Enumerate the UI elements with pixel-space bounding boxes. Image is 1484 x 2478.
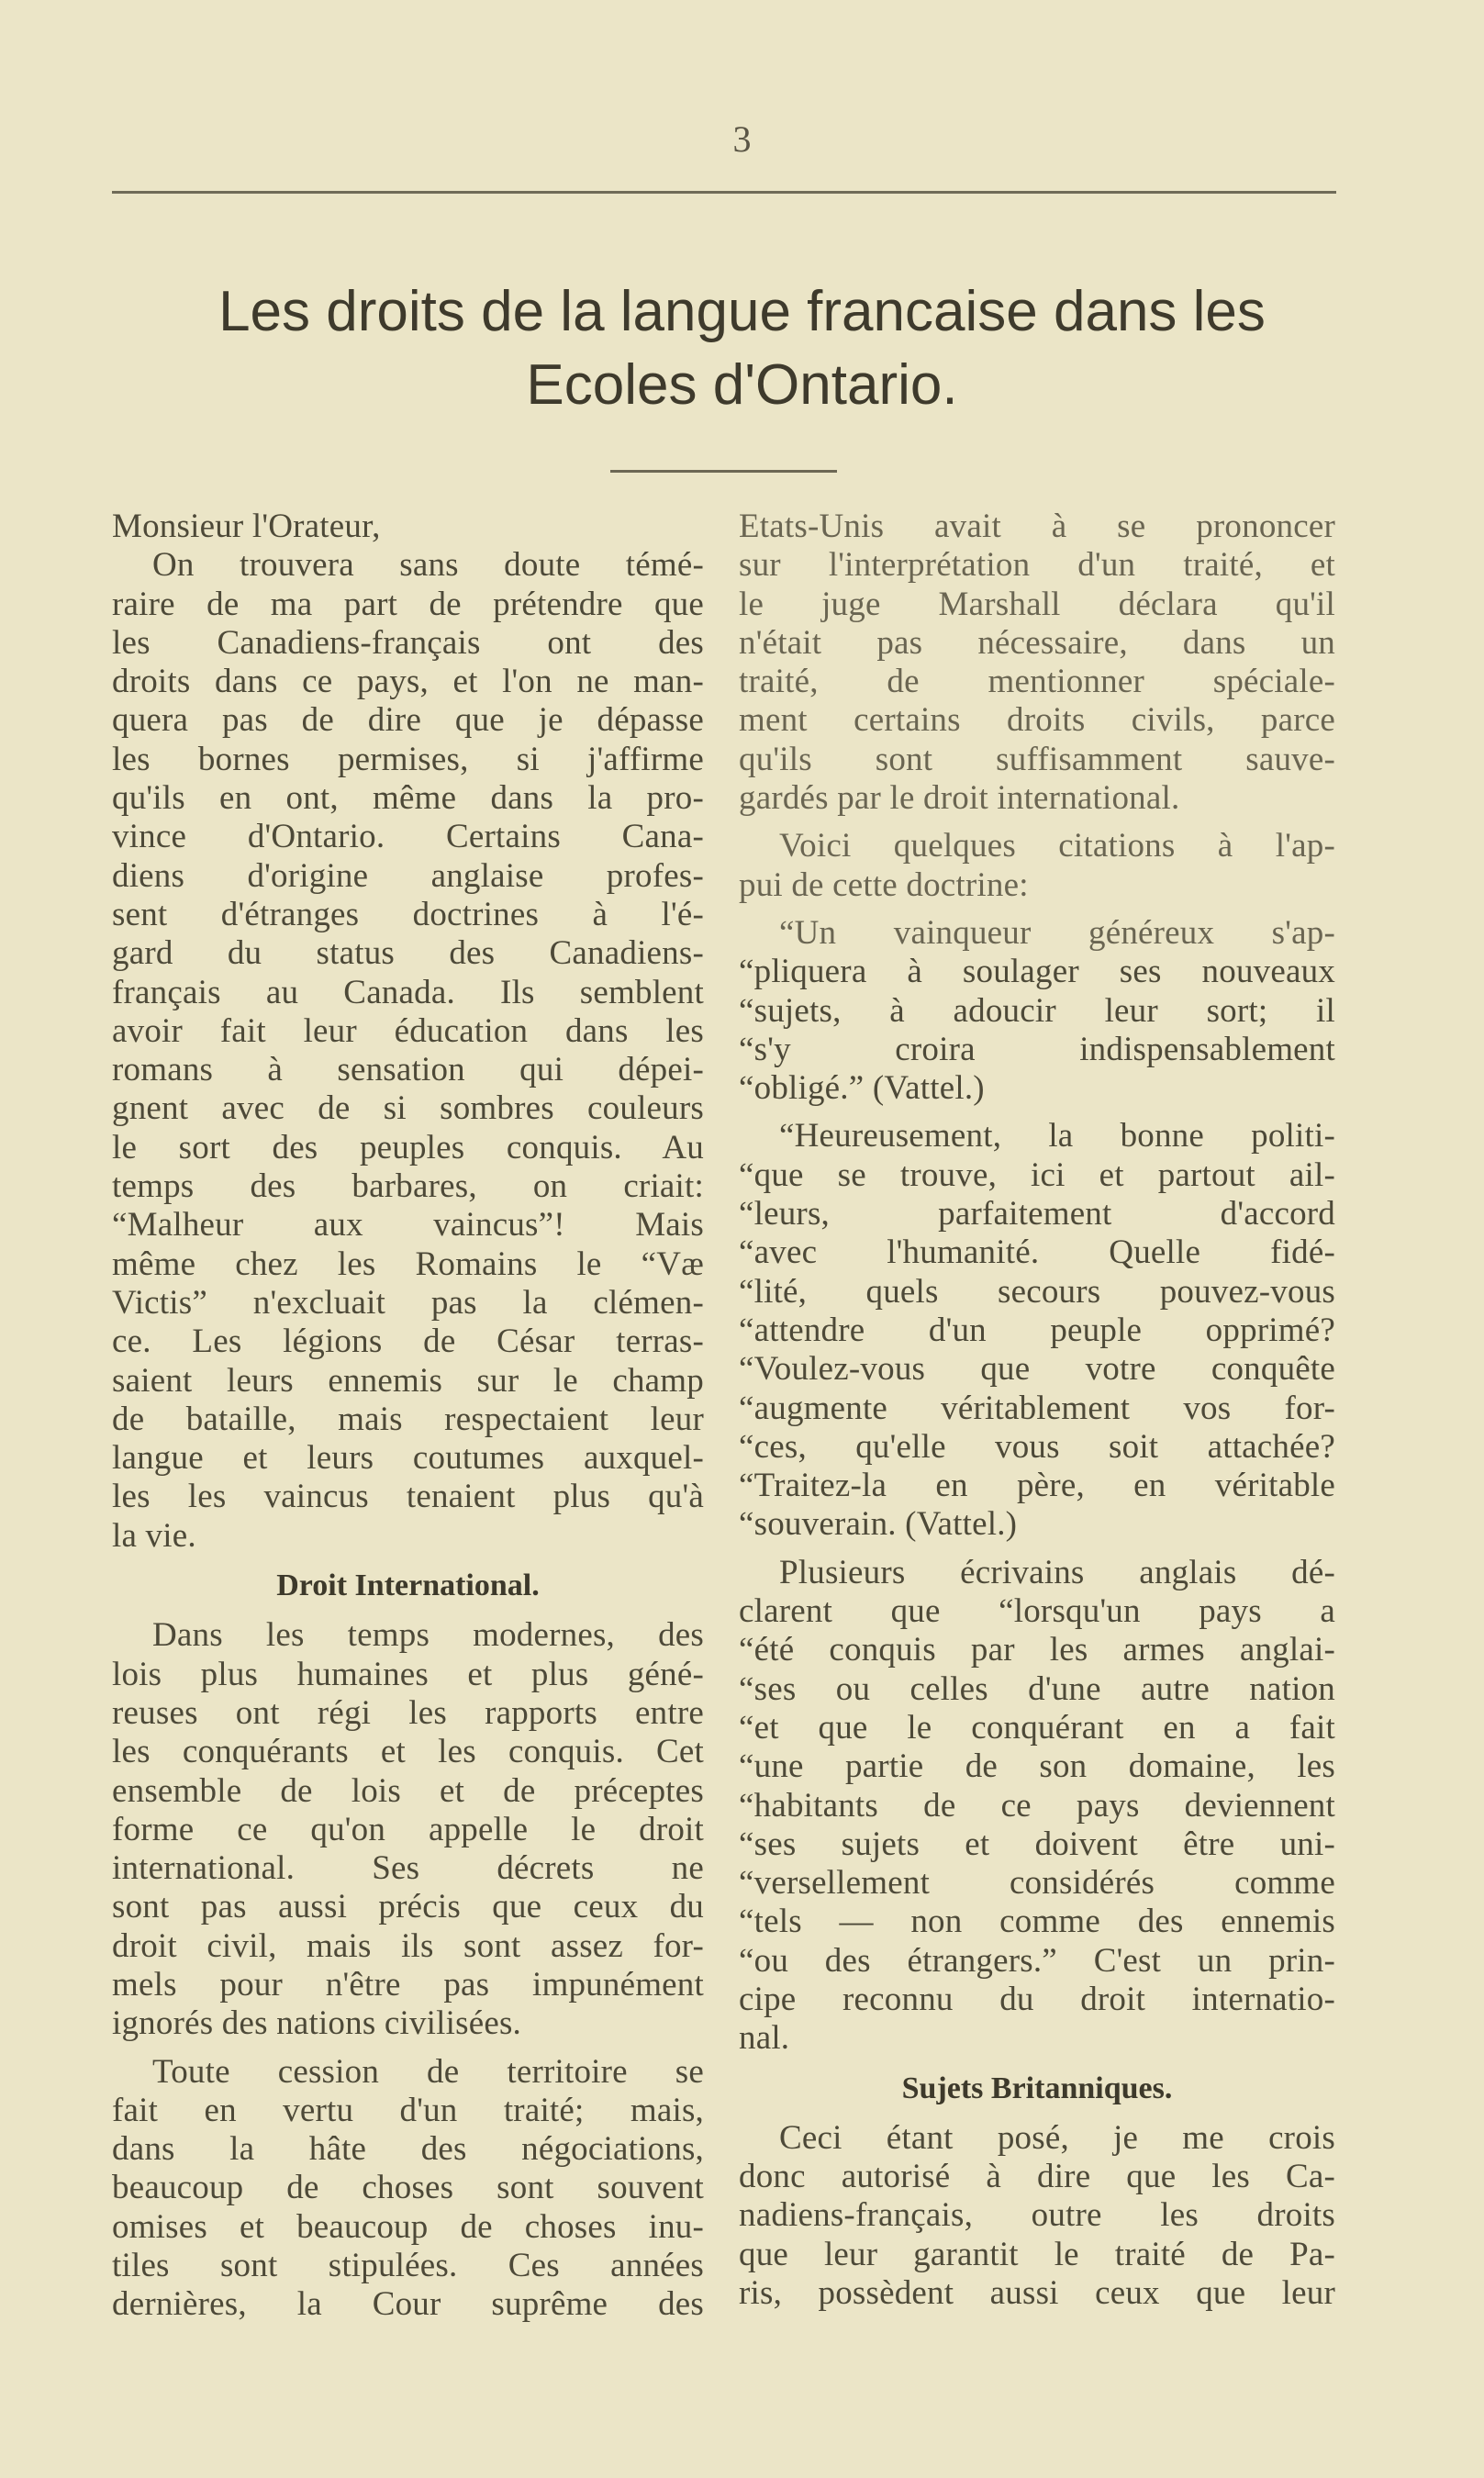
text-line: “habitants de ce pays deviennent [739,1787,1335,1825]
text-line: “Un vainqueur généreux s'ap- [739,914,1335,953]
text-line: “une partie de son domaine, les [739,1747,1335,1786]
text-line: “Traitez-la en père, en véritable [739,1467,1335,1505]
paragraph-droit-international: Dans les temps modernes, des lois plus h… [112,1616,704,2043]
page-title: Les droits de la langue francaise dans l… [0,275,1484,422]
text-line: gardés par le droit international. [739,779,1335,818]
text-line: “leurs, parfaitement d'accord [739,1195,1335,1233]
text-line: “souverain. (Vattel.) [739,1505,1335,1544]
page-number: 3 [0,117,1484,161]
text-line: Voici quelques citations à l'ap- [739,827,1335,865]
text-line: de bataille, mais respectaient leur [112,1401,704,1439]
text-line: Victis” n'excluait pas la clémen- [112,1284,704,1323]
text-line: cipe reconnu du droit internatio- [739,1981,1335,2019]
text-line: pui de cette doctrine: [739,866,1335,905]
text-line: donc autorisé à dire que les Ca- [739,2158,1335,2196]
text-line: reuses ont régi les rapports entre [112,1694,704,1733]
section-heading-droit-international: Droit International. [112,1567,704,1605]
left-text-column: Monsieur l'Orateur, On trouvera sans dou… [112,508,704,2325]
text-line: “ces, qu'elle vous soit attachée? [739,1428,1335,1467]
text-line: fait en vertu d'un traité; mais, [112,2092,704,2130]
top-rule-divider [112,191,1336,194]
text-line: gnent avec de si sombres couleurs [112,1089,704,1128]
text-line: tiles sont stipulées. Ces années [112,2247,704,2285]
text-line: “pliquera à soulager ses nouveaux [739,953,1335,991]
text-line: Etats-Unis avait à se prononcer [739,508,1335,546]
text-line: Ceci étant posé, je me crois [739,2119,1335,2158]
text-line: dans la hâte des négociations, [112,2130,704,2169]
text-line: qu'ils sont suffisamment sauve- [739,741,1335,779]
text-line: romans à sensation qui dépei- [112,1051,704,1089]
quote-vattel-1: “Un vainqueur généreux s'ap- “pliquera à… [739,914,1335,1108]
text-line: Plusieurs écrivains anglais dé- [739,1554,1335,1592]
text-line: ensemble de lois et de préceptes [112,1772,704,1811]
text-line: mels pour n'être pas impunément [112,1966,704,2004]
text-line: “que se trouve, ici et partout ail- [739,1156,1335,1195]
text-line: traité, de mentionner spéciale- [739,663,1335,701]
text-line: langue et leurs coutumes auxquel- [112,1439,704,1478]
text-line: diens d'origine anglaise profes- [112,857,704,896]
text-line: nal. [739,2019,1335,2058]
text-line: gard du status des Canadiens- [112,934,704,973]
right-text-column: Etats-Unis avait à se prononcer sur l'in… [739,508,1335,2313]
text-line: international. Ses décrets ne [112,1849,704,1888]
text-line: raire de ma part de prétendre que [112,586,704,624]
title-underline-divider [610,470,837,473]
text-line: français au Canada. Ils semblent [112,974,704,1012]
title-line-2: Ecoles d'Ontario. [0,349,1484,422]
section-heading-sujets-britanniques: Sujets Britanniques. [739,2070,1335,2108]
text-line: clarent que “lorsqu'un pays a [739,1592,1335,1631]
text-line: “Heureusement, la bonne politi- [739,1117,1335,1155]
text-line: lois plus humaines et plus géné- [112,1656,704,1694]
text-line: “ses ou celles d'une autre nation [739,1670,1335,1709]
text-line: Dans les temps modernes, des [112,1616,704,1655]
text-line: saient leurs ennemis sur le champ [112,1362,704,1401]
text-line: les bornes permises, si j'affirme [112,741,704,779]
text-line: les Canadiens-français ont des [112,624,704,663]
text-line: ignorés des nations civilisées. [112,2004,704,2043]
paragraph-citations-intro: Voici quelques citations à l'ap- pui de … [739,827,1335,905]
text-line: n'était pas nécessaire, dans un [739,624,1335,663]
text-line: dernières, la Cour suprême des [112,2285,704,2324]
text-line: ris, possèdent aussi ceux que leur [739,2274,1335,2313]
text-line: même chez les Romains le “Væ [112,1245,704,1284]
text-line: “Malheur aux vaincus”! Mais [112,1206,704,1245]
text-line: omises et beaucoup de choses inu- [112,2208,704,2247]
paragraph-intro: On trouvera sans doute témé- raire de ma… [112,546,704,1556]
text-line: “été conquis par les armes anglai- [739,1631,1335,1669]
text-line: qu'ils en ont, même dans la pro- [112,779,704,818]
text-line: “Voulez-vous que votre conquête [739,1350,1335,1389]
text-line: On trouvera sans doute témé- [112,546,704,585]
text-line: “et que le conquérant en a fait [739,1709,1335,1747]
text-line: “attendre d'un peuple opprimé? [739,1312,1335,1350]
quote-vattel-2: “Heureusement, la bonne politi- “que se … [739,1117,1335,1544]
text-line: sur l'interprétation d'un traité, et [739,546,1335,585]
text-line: quera pas de dire que je dépasse [112,701,704,740]
text-line: sent d'étranges doctrines à l'é- [112,896,704,934]
text-line: forme ce qu'on appelle le droit [112,1811,704,1849]
text-line: beaucoup de choses sont souvent [112,2169,704,2207]
text-line: le sort des peuples conquis. Au [112,1129,704,1167]
text-line: les les vaincus tenaient plus qu'à [112,1478,704,1516]
text-line: Toute cession de territoire se [112,2053,704,2092]
text-line: “ou des étrangers.” C'est un prin- [739,1942,1335,1981]
text-line: “tels — non comme des ennemis [739,1903,1335,1941]
text-line: “s'y croira indispensablement [739,1031,1335,1069]
text-line: ment certains droits civils, parce [739,701,1335,740]
paragraph-ceci-etant-pose: Ceci étant posé, je me crois donc autori… [739,2119,1335,2313]
text-line: “ses sujets et doivent être uni- [739,1825,1335,1864]
text-line: temps des barbares, on criait: [112,1167,704,1206]
text-line: le juge Marshall déclara qu'il [739,586,1335,624]
text-line: “sujets, à adoucir leur sort; il [739,992,1335,1031]
text-line: sont pas aussi précis que ceux du [112,1888,704,1926]
text-line: “obligé.” (Vattel.) [739,1069,1335,1108]
title-line-1: Les droits de la langue francaise dans l… [0,275,1484,349]
text-line: “lité, quels secours pouvez-vous [739,1273,1335,1312]
text-line: droits dans ce pays, et l'on ne man- [112,663,704,701]
text-line: que leur garantit le traité de Pa- [739,2236,1335,2274]
paragraph-cession: Toute cession de territoire se fait en v… [112,2053,704,2325]
text-line: “versellement considérés comme [739,1864,1335,1903]
text-line: droit civil, mais ils sont assez for- [112,1927,704,1966]
text-line: avoir fait leur éducation dans les [112,1012,704,1051]
text-line: ce. Les légions de César terras- [112,1323,704,1361]
text-line: la vie. [112,1517,704,1556]
text-line: vince d'Ontario. Certains Cana- [112,818,704,856]
text-line: les conquérants et les conquis. Cet [112,1733,704,1771]
paragraph-marshall: Etats-Unis avait à se prononcer sur l'in… [739,508,1335,818]
text-line: “augmente véritablement vos for- [739,1390,1335,1428]
text-line: nadiens-français, outre les droits [739,2196,1335,2235]
text-line: “avec l'humanité. Quelle fidé- [739,1233,1335,1272]
paragraph-ecrivains-anglais: Plusieurs écrivains anglais dé- clarent … [739,1554,1335,2059]
salutation: Monsieur l'Orateur, [112,508,704,546]
